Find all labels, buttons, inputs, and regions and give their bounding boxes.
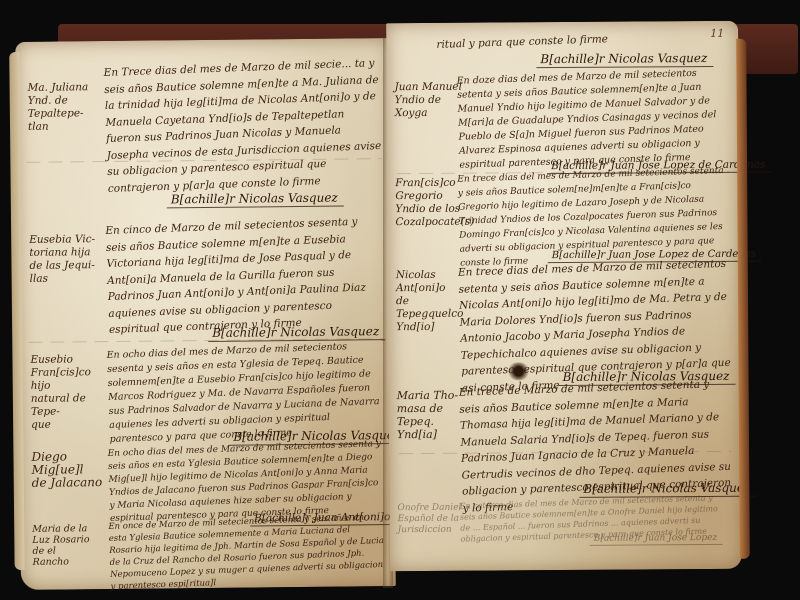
baptism-entry: Eusebio Fran[cis]co hijo natural de Tepe…: [18, 346, 393, 350]
margin-name: Onofre Daniel Español de la Jurisdiccion: [397, 503, 467, 536]
margin-name: Ma. Juliana Ynd. de Tepaltepe- tlan: [28, 81, 101, 134]
baptism-entry: Nicolas Ant[oni]o de Tepegquelco Ynd[io]…: [388, 261, 740, 263]
entry-text: En Trece dias del mes de Marzo de mil se…: [103, 55, 383, 197]
priest-signature: B[achille]r Nicolas Vasquez: [536, 51, 713, 68]
entry-text: En once de Marzo de mil setecientos sete…: [108, 511, 385, 593]
priest-signature: B[achille]r Nicolas Vasquez: [167, 191, 344, 209]
right-page: 11 ritual y para que conste lo firme B[a…: [386, 21, 742, 571]
margin-name: Eusebia Vic- toriana hija de las Jequi- …: [29, 233, 102, 286]
margin-name: Maria Tho- masa de Tepeq. Ynd[ia]: [397, 389, 467, 441]
margin-name: Juan Manuel Yndio de Xoyga: [394, 81, 464, 120]
priest-signature: B[achille]r Juan Jose Lopez: [590, 533, 724, 546]
ink-blot: [506, 362, 530, 380]
margin-name: Eusebio Fran[cis]co hijo natural de Tepe…: [30, 353, 103, 432]
entry-text: En cinco de Marzo de mil setecientos ses…: [105, 213, 384, 338]
open-register-book: Ma. Juliana Ynd. de Tepaltepe- tlan En T…: [10, 18, 800, 588]
baptism-entry: Maria Tho- masa de Tepeq. Ynd[ia] En tre…: [389, 383, 741, 385]
left-page: Ma. Juliana Ynd. de Tepaltepe- tlan En T…: [15, 38, 396, 590]
continuation-text: ritual y para que conste lo firme: [436, 27, 726, 53]
baptism-entry: Maria de la Luz Rosario de el Rancho En …: [20, 518, 395, 522]
margin-name: Diego Mig[ue]l de Jalacano: [31, 450, 103, 490]
baptism-entry: Eusebia Vic- toriana hija de las Jequi- …: [17, 216, 392, 220]
margin-name: Maria de la Luz Rosario de el Rancho: [32, 523, 104, 568]
baptism-entry: Diego Mig[ue]l de Jalacano En ocho dias …: [19, 443, 394, 447]
entry-text: En doze dias del mes de Marzo de mil set…: [456, 66, 729, 173]
baptism-entry: Juan Manuel Yndio de Xoyga En doze dias …: [386, 71, 738, 73]
margin-name: Nicolas Ant[oni]o de Tepegquelco Ynd[io]: [396, 269, 466, 334]
baptism-entry: Onofre Daniel Español de la Jurisdiccion…: [389, 499, 741, 501]
margin-name: Fran[cis]co Gregorio Yndio de los Cozalp…: [395, 177, 465, 229]
baptism-entry: Ma. Juliana Ynd. de Tepaltepe- tlan En T…: [15, 56, 390, 60]
